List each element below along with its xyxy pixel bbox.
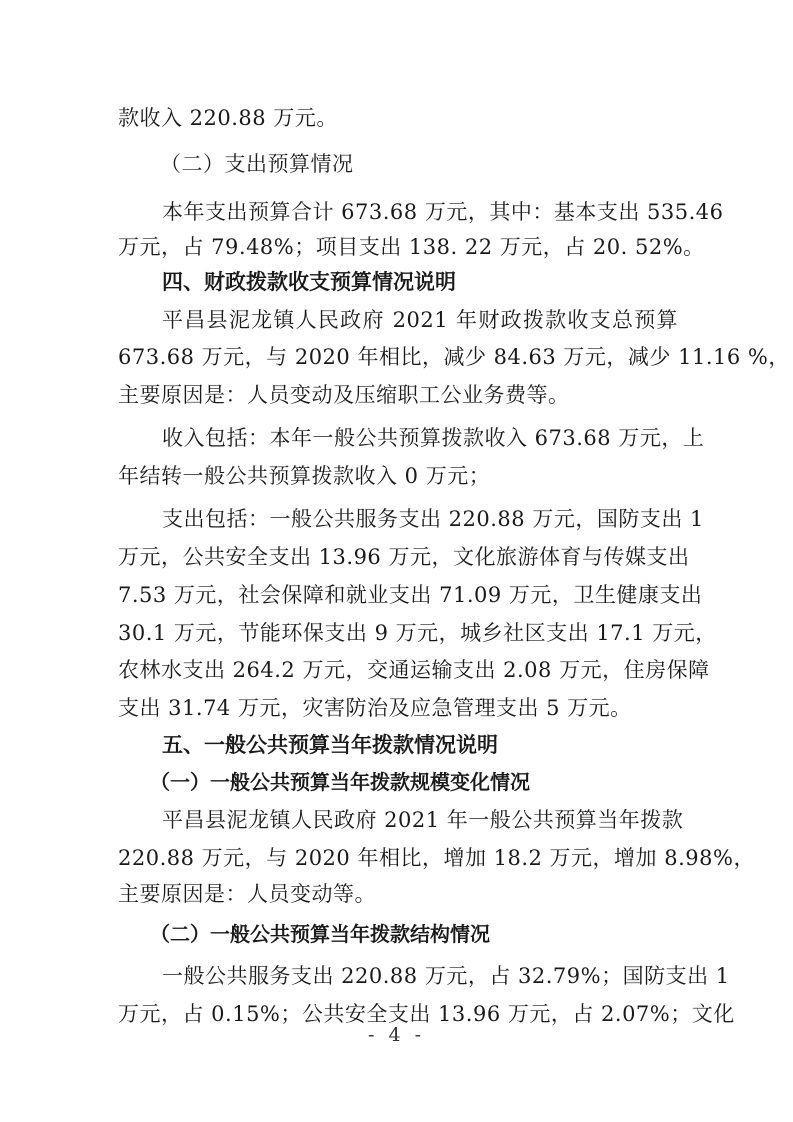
paragraph-line: 收入包括：本年一般公共预算拨款收入 673.68 万元，上: [162, 424, 678, 452]
paragraph-line: 平昌县泥龙镇人民政府 2021 年一般公共预算当年拨款: [162, 806, 678, 834]
paragraph-line: 主要原因是：人员变动等。: [118, 880, 678, 908]
section-heading-4: 四、财政拨款收支预算情况说明: [162, 268, 722, 296]
paragraph-line: 本年支出预算合计 673.68 万元，其中：基本支出 535.46: [162, 198, 678, 226]
subsection-heading-scale-change: （一）一般公共预算当年拨款规模变化情况: [150, 768, 710, 796]
paragraph-line: 款收入 220.88 万元。: [118, 104, 678, 132]
paragraph-line: 万元，占 79.48%；项目支出 138. 22 万元，占 20. 52%。: [118, 233, 678, 261]
paragraph-line: 30.1 万元，节能环保支出 9 万元，城乡社区支出 17.1 万元，: [118, 619, 678, 647]
paragraph-line: 一般公共服务支出 220.88 万元，占 32.79%；国防支出 1: [162, 962, 678, 990]
paragraph-line: 220.88 万元，与 2020 年相比，增加 18.2 万元，增加 8.98%…: [118, 844, 678, 872]
subsection-heading-structure: （二）一般公共预算当年拨款结构情况: [150, 920, 710, 948]
section-heading-5: 五、一般公共预算当年拨款情况说明: [162, 731, 722, 759]
paragraph-line: 7.53 万元，社会保障和就业支出 71.09 万元，卫生健康支出: [118, 581, 678, 609]
paragraph-line: 万元，公共安全支出 13.96 万元，文化旅游体育与传媒支出: [118, 543, 678, 571]
paragraph-line: 支出 31.74 万元，灾害防治及应急管理支出 5 万元。: [118, 694, 678, 722]
paragraph-line: 支出包括：一般公共服务支出 220.88 万元，国防支出 1: [162, 505, 678, 533]
paragraph-line: 主要原因是：人员变动及压缩职工公业务费等。: [118, 381, 678, 409]
paragraph-line: 673.68 万元，与 2020 年相比，减少 84.63 万元，减少 11.1…: [118, 343, 678, 371]
page-number: - 4 -: [0, 1024, 793, 1046]
paragraph-line: 农林水支出 264.2 万元，交通运输支出 2.08 万元，住房保障: [118, 656, 678, 684]
paragraph-line: 平昌县泥龙镇人民政府 2021 年财政拨款收支总预算: [162, 306, 678, 334]
subsection-heading-expenditure-budget: （二）支出预算情况: [160, 150, 720, 178]
paragraph-line: 年结转一般公共预算拨款收入 0 万元；: [118, 462, 678, 490]
